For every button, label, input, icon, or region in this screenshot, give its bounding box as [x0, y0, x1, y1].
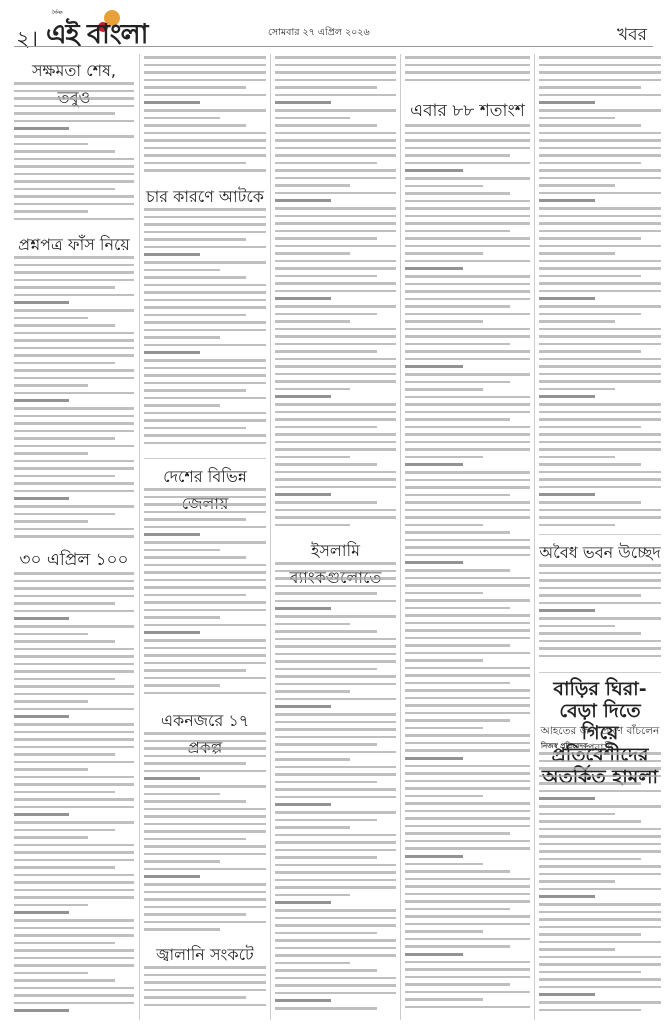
text-line: [14, 347, 134, 350]
text-line: [144, 442, 266, 445]
text-line: [539, 911, 661, 914]
text-line: [405, 154, 510, 157]
article-body: [144, 966, 266, 1011]
text-line: [144, 906, 266, 909]
text-line: [405, 772, 530, 775]
text-line: [275, 199, 331, 202]
text-line: [275, 864, 396, 867]
text-line: [14, 218, 134, 221]
text-line: [144, 147, 266, 150]
text-line: [539, 64, 661, 67]
text-line: [14, 392, 134, 395]
text-line: [14, 708, 134, 711]
text-line: [144, 208, 266, 211]
text-line: [405, 433, 530, 436]
text-line: [144, 434, 266, 437]
text-line: [405, 742, 530, 745]
column-divider: [270, 54, 271, 1020]
text-line: [539, 820, 641, 823]
text-line: [14, 904, 88, 907]
text-line: [405, 267, 463, 270]
text-line: [144, 921, 266, 924]
text-line: [275, 516, 396, 519]
text-line: [144, 269, 220, 272]
text-line: [275, 819, 377, 822]
text-line: [14, 301, 69, 304]
text-line: [275, 856, 377, 859]
text-line: [275, 645, 396, 648]
text-line: [405, 252, 483, 255]
text-line: [405, 192, 510, 195]
text-line: [275, 924, 396, 927]
text-line: [275, 773, 396, 776]
text-line: [144, 549, 220, 552]
text-line: [275, 698, 396, 701]
text-line: [275, 305, 396, 308]
text-line: [539, 207, 661, 210]
text-line: [14, 415, 134, 418]
text-line: [144, 875, 200, 878]
text-line: [144, 616, 220, 619]
text-line: [405, 1006, 530, 1009]
text-line: [275, 441, 396, 444]
text-line: [14, 768, 88, 771]
text-line: [14, 911, 69, 914]
text-line: [144, 367, 266, 370]
article-body: [539, 752, 661, 1016]
text-line: [275, 328, 396, 331]
text-line: [405, 215, 530, 218]
text-line: [405, 577, 530, 580]
text-line: [144, 785, 266, 788]
text-line: [144, 586, 266, 589]
text-line: [405, 991, 530, 994]
text-line: [14, 715, 69, 718]
masthead-divider: [14, 46, 653, 47]
divider: [144, 458, 266, 459]
text-line: [14, 203, 134, 206]
text-line: [144, 518, 246, 521]
text-line: [405, 418, 510, 421]
text-line: [14, 528, 134, 531]
text-line: [14, 896, 134, 899]
text-line: [275, 939, 396, 942]
text-line: [539, 850, 661, 853]
text-line: [144, 838, 246, 841]
text-line: [405, 885, 530, 888]
text-line: [539, 752, 661, 755]
article-body: [275, 562, 396, 1015]
text-line: [539, 478, 661, 481]
text-line: [275, 463, 377, 466]
text-line: [539, 365, 661, 368]
text-line: [144, 511, 266, 514]
text-line: [539, 395, 595, 398]
text-line: [539, 275, 641, 278]
text-line: [14, 746, 134, 749]
text-line: [275, 962, 350, 965]
text-line: [14, 82, 134, 85]
article-body: [275, 56, 396, 531]
text-line: [275, 117, 350, 120]
text-line: [405, 870, 510, 873]
text-line: [144, 762, 246, 765]
text-line: [405, 802, 530, 805]
text-line: [275, 222, 396, 225]
text-line: [405, 765, 530, 768]
text-line: [14, 339, 134, 342]
text-line: [275, 169, 396, 172]
text-line: [539, 328, 661, 331]
text-line: [144, 427, 246, 430]
text-line: [14, 324, 115, 327]
text-line: [275, 448, 396, 451]
text-line: [405, 388, 483, 391]
text-line: [144, 79, 266, 82]
text-line: [275, 668, 377, 671]
text-line: [14, 874, 134, 877]
text-line: [275, 207, 396, 210]
text-line: [275, 350, 377, 353]
text-line: [144, 412, 266, 415]
text-line: [14, 821, 134, 824]
text-line: [144, 654, 266, 657]
text-line: [405, 365, 463, 368]
text-line: [144, 770, 266, 773]
text-line: [144, 777, 200, 780]
text-line: [405, 283, 530, 286]
text-line: [14, 112, 115, 115]
text-line: [539, 524, 615, 527]
text-line: [539, 843, 661, 846]
text-line: [405, 471, 530, 474]
text-line: [14, 919, 134, 922]
text-line: [144, 306, 266, 309]
text-line: [405, 328, 530, 331]
text-line: [405, 524, 483, 527]
text-line: [539, 865, 661, 868]
text-line: [144, 299, 266, 302]
text-line: [275, 501, 377, 504]
text-line: [144, 989, 266, 992]
text-line: [14, 685, 134, 688]
text-line: [275, 766, 396, 769]
text-line: [14, 120, 134, 123]
text-line: [144, 913, 246, 916]
text-line: [275, 743, 377, 746]
text-line: [539, 1001, 661, 1004]
text-line: [144, 109, 266, 112]
text-line: [539, 448, 661, 451]
text-line: [144, 86, 246, 89]
text-line: [539, 835, 661, 838]
article-body: [144, 488, 266, 699]
text-line: [275, 215, 396, 218]
text-line: [275, 101, 331, 104]
text-line: [405, 554, 530, 557]
text-line: [539, 509, 661, 512]
text-line: [405, 817, 530, 820]
text-line: [144, 94, 266, 97]
text-line: [539, 117, 615, 120]
text-line: [539, 245, 661, 248]
text-line: [405, 411, 530, 414]
text-line: [405, 689, 530, 692]
text-line: [14, 851, 134, 854]
text-line: [539, 895, 595, 898]
text-line: [405, 479, 530, 482]
text-line: [405, 486, 530, 489]
text-line: [14, 165, 134, 168]
text-line: [144, 389, 246, 392]
text-line: [14, 445, 134, 448]
text-line: [144, 344, 266, 347]
text-line: [275, 577, 396, 580]
text-line: [539, 828, 661, 831]
text-line: [405, 509, 530, 512]
text-line: [405, 727, 483, 730]
text-line: [539, 797, 595, 800]
text-line: [539, 86, 641, 89]
text-line: [275, 841, 396, 844]
column-2: চার কারণে আটকে দেশের বিভিন্ন জেলায় একনজ…: [144, 54, 266, 1020]
text-line: [539, 418, 661, 421]
text-line: [275, 184, 350, 187]
text-line: [405, 584, 530, 587]
text-line: [275, 388, 350, 391]
text-line: [405, 953, 463, 956]
text-line: [14, 942, 115, 945]
text-line: [405, 757, 463, 760]
text-line: [405, 139, 530, 142]
text-line: [275, 147, 396, 150]
text-line: [14, 309, 134, 312]
text-line: [275, 879, 396, 882]
text-line: [539, 463, 641, 466]
text-line: [405, 734, 530, 737]
column-divider: [534, 54, 535, 1020]
text-line: [144, 71, 266, 74]
text-line: [405, 230, 510, 233]
text-line: [405, 516, 530, 519]
divider: [539, 534, 661, 535]
text-line: [14, 813, 69, 816]
text-line: [405, 539, 530, 542]
text-line: [275, 192, 396, 195]
text-line: [275, 56, 396, 59]
text-line: [405, 381, 510, 384]
text-line: [539, 790, 661, 793]
text-line: [405, 124, 530, 127]
text-line: [405, 200, 530, 203]
text-line: [144, 329, 266, 332]
text-line: [14, 753, 115, 756]
text-line: [14, 693, 134, 696]
text-line: [14, 602, 115, 605]
text-line: [14, 294, 134, 297]
text-line: [275, 132, 396, 135]
text-line: [275, 486, 396, 489]
text-line: [275, 901, 331, 904]
text-line: [539, 132, 661, 135]
text-line: [14, 663, 134, 666]
text-line: [14, 437, 115, 440]
article-body: [539, 564, 661, 662]
text-line: [144, 747, 266, 750]
logo-tagline: দৈনিক: [52, 10, 62, 18]
text-line: [275, 758, 350, 761]
text-line: [539, 305, 661, 308]
text-line: [14, 475, 115, 478]
text-line: [405, 930, 483, 933]
text-line: [144, 647, 266, 650]
text-line: [275, 109, 396, 112]
text-line: [275, 343, 396, 346]
text-line: [539, 433, 661, 436]
text-line: [14, 317, 88, 320]
text-line: [275, 162, 377, 165]
text-line: [539, 986, 661, 989]
text-line: [275, 418, 396, 421]
text-line: [275, 653, 396, 656]
text-line: [405, 825, 530, 828]
text-line: [539, 880, 615, 883]
text-line: [405, 938, 530, 941]
text-line: [14, 105, 134, 108]
text-line: [144, 891, 266, 894]
text-line: [539, 971, 641, 974]
text-line: [539, 602, 661, 605]
text-line: [539, 625, 615, 628]
article-body: [405, 124, 530, 1013]
text-line: [144, 579, 266, 582]
text-line: [144, 488, 266, 491]
text-line: [405, 79, 530, 82]
text-line: [14, 927, 134, 930]
text-line: [539, 252, 615, 255]
text-line: [275, 849, 396, 852]
text-line: [144, 526, 266, 529]
text-line: [275, 79, 396, 82]
text-line: [539, 609, 595, 612]
text-line: [275, 493, 331, 496]
text-line: [275, 297, 331, 300]
column-divider: [139, 54, 140, 1020]
text-line: [144, 601, 266, 604]
text-line: [14, 866, 115, 869]
text-line: [275, 313, 377, 316]
text-line: [14, 859, 134, 862]
text-line: [539, 963, 661, 966]
text-line: [405, 599, 530, 602]
text-line: [14, 286, 115, 289]
text-line: [405, 832, 510, 835]
text-line: [14, 150, 115, 153]
text-line: [539, 290, 661, 293]
text-line: [405, 810, 530, 813]
text-line: [14, 97, 134, 100]
text-line: [539, 918, 661, 921]
text-line: [405, 704, 530, 707]
text-line: [275, 471, 396, 474]
text-line: [144, 808, 266, 811]
text-line: [539, 564, 661, 567]
text-line: [14, 798, 134, 801]
text-line: [275, 781, 377, 784]
text-line: [14, 210, 88, 213]
text-line: [405, 396, 530, 399]
text-line: [539, 358, 661, 361]
text-line: [144, 800, 246, 803]
text-line: [539, 903, 661, 906]
text-line: [539, 343, 661, 346]
text-line: [539, 587, 661, 590]
text-line: [539, 1009, 641, 1012]
text-line: [539, 79, 661, 82]
text-line: [275, 524, 350, 527]
text-line: [14, 934, 134, 937]
text-line: [144, 609, 266, 612]
text-line: [275, 365, 396, 368]
text-line: [144, 898, 266, 901]
text-line: [14, 399, 69, 402]
text-line: [405, 56, 530, 59]
text-line: [275, 909, 396, 912]
text-line: [405, 185, 483, 188]
text-line: [144, 132, 266, 135]
text-line: [14, 829, 115, 832]
text-line: [144, 246, 266, 249]
text-line: [144, 276, 246, 279]
text-line: [539, 655, 661, 658]
text-line: [14, 761, 134, 764]
newspaper-logo: দৈনিক এই বাংলা: [46, 14, 147, 59]
text-line: [405, 222, 530, 225]
text-line: [144, 845, 266, 848]
column-4: এবার ৮৮ শতাংশ: [405, 54, 530, 1020]
article-body: [539, 56, 661, 531]
text-line: [405, 652, 530, 655]
text-line: [275, 320, 350, 323]
text-line: [144, 223, 266, 226]
text-line: [144, 139, 266, 142]
text-line: [144, 883, 266, 886]
text-line: [275, 932, 377, 935]
text-line: [14, 580, 134, 583]
text-line: [539, 948, 615, 951]
text-line: [275, 124, 377, 127]
text-line: [275, 871, 396, 874]
text-line: [539, 572, 661, 575]
text-line: [539, 933, 641, 936]
text-line: [14, 384, 88, 387]
text-line: [539, 56, 661, 59]
text-line: [14, 467, 134, 470]
text-line: [539, 594, 641, 597]
text-line: [539, 71, 661, 74]
text-line: [405, 531, 510, 534]
text-line: [405, 169, 463, 172]
text-line: [144, 793, 220, 796]
text-line: [405, 976, 530, 979]
text-line: [405, 305, 510, 308]
text-line: [14, 460, 134, 463]
text-line: [405, 64, 530, 67]
text-line: [539, 456, 615, 459]
text-line: [539, 516, 661, 519]
text-line: [539, 805, 661, 808]
text-line: [144, 496, 266, 499]
